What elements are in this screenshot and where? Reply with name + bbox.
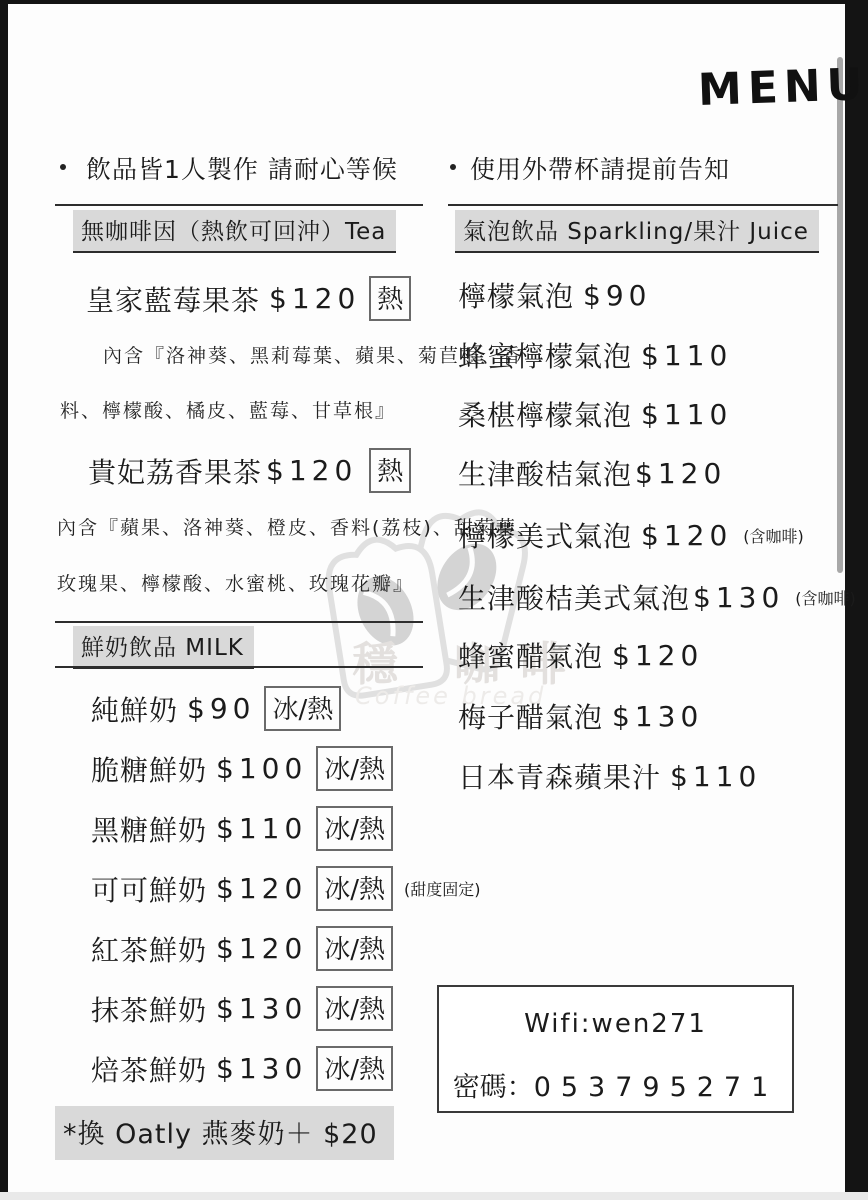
note-left-text: 飲品皆1人製作 請耐心等候 — [86, 150, 398, 186]
wifi-ssid: Wifi:wen271 — [439, 1009, 792, 1039]
divider — [55, 204, 423, 206]
item-price: $120 — [641, 519, 732, 552]
window-edge-left — [0, 0, 8, 1192]
item-note: (含咖啡) — [743, 524, 804, 547]
serving-option-box: 熱 — [369, 448, 411, 493]
page-title: MENU — [697, 59, 868, 116]
item-name: 可可鮮奶 — [91, 869, 207, 909]
item-name: 蜂蜜醋氣泡 — [458, 635, 603, 675]
item-ingredients: 玫瑰果、檸檬酸、水蜜桃、玫瑰花瓣』 — [57, 569, 414, 596]
item-price: $90 — [583, 279, 651, 312]
serving-option-box: 冰/熱 — [316, 746, 393, 791]
item-price: $120 — [266, 454, 357, 487]
serving-option-box: 冰/熱 — [316, 1046, 393, 1091]
section-header-tea: 無咖啡因（熱飲可回沖）Tea — [73, 210, 396, 253]
section-header-milk: 鮮奶飲品 MILK — [73, 626, 254, 669]
item-name: 生津酸桔氣泡 — [458, 453, 632, 493]
item-name: 皇家藍莓果茶 — [86, 279, 260, 319]
item-name: 黑糖鮮奶 — [91, 809, 207, 849]
item-price: $110 — [216, 812, 307, 845]
serving-option-box: 冰/熱 — [316, 986, 393, 1031]
item-name: 檸檬氣泡 — [458, 275, 574, 315]
menu-item: 桑椹檸檬氣泡 $110 — [458, 394, 732, 434]
wifi-info-box: Wifi:wen271 密碼：053795271 — [437, 985, 794, 1113]
item-name: 日本青森蘋果汁 — [458, 756, 661, 796]
item-price: $120 — [612, 639, 703, 672]
menu-item: 貴妃荔香果茶 $120 熱 — [88, 448, 411, 493]
item-price: $120 — [216, 932, 307, 965]
bullet-icon — [450, 164, 456, 170]
menu-item: 日本青森蘋果汁 $110 — [458, 756, 761, 796]
menu-item: 檸檬氣泡 $90 — [458, 275, 651, 315]
item-name: 脆糖鮮奶 — [91, 749, 207, 789]
wifi-password-label: 密碼： — [453, 1072, 534, 1103]
item-name: 檸檬美式氣泡 — [458, 515, 632, 555]
note-right: 使用外帶杯請提前告知 — [450, 150, 730, 186]
item-price: $120 — [269, 282, 360, 315]
menu-item: 檸檬美式氣泡 $120 (含咖啡) — [458, 515, 804, 555]
menu-item: 焙茶鮮奶 $130 冰/熱 — [91, 1046, 393, 1091]
window-edge-bottom — [0, 1192, 868, 1200]
item-ingredients: 料、檸檬酸、橘皮、藍莓、甘草根』 — [60, 396, 396, 423]
note-left: 飲品皆1人製作 請耐心等候 — [60, 150, 398, 186]
menu-item: 梅子醋氣泡 $130 — [458, 696, 703, 736]
item-price: $110 — [641, 339, 732, 372]
serving-option-box: 冰/熱 — [316, 866, 393, 911]
menu-item: 抹茶鮮奶 $130 冰/熱 — [91, 986, 393, 1031]
menu-item: 黑糖鮮奶 $110 冰/熱 — [91, 806, 393, 851]
item-name: 純鮮奶 — [91, 689, 178, 729]
item-name: 桑椹檸檬氣泡 — [458, 394, 632, 434]
item-price: $110 — [641, 398, 732, 431]
divider — [448, 204, 838, 206]
menu-item: 蜂蜜檸檬氣泡 $110 — [458, 335, 732, 375]
menu-item: 生津酸桔氣泡 $120 — [458, 453, 726, 493]
item-name: 紅茶鮮奶 — [91, 929, 207, 969]
item-price: $130 — [693, 581, 784, 614]
item-name: 蜂蜜檸檬氣泡 — [458, 335, 632, 375]
item-price: $110 — [670, 760, 761, 793]
item-name: 焙茶鮮奶 — [91, 1049, 207, 1089]
serving-option-box: 冰/熱 — [264, 686, 341, 731]
menu-item: 可可鮮奶 $120 冰/熱 (甜度固定) — [91, 866, 481, 911]
oat-milk-note: *換 Oatly 燕麥奶＋ $20 — [55, 1106, 394, 1160]
wifi-password-line: 密碼：053795271 — [439, 1065, 792, 1104]
item-price: $120 — [216, 872, 307, 905]
item-name: 生津酸桔美式氣泡 — [458, 577, 690, 617]
divider — [55, 666, 423, 668]
bullet-icon — [60, 164, 66, 170]
item-name: 貴妃荔香果茶 — [88, 451, 262, 491]
wifi-password: 053795271 — [534, 1072, 779, 1103]
serving-option-box: 冰/熱 — [316, 806, 393, 851]
item-price: $90 — [187, 692, 255, 725]
item-price: $120 — [635, 457, 726, 490]
item-price: $130 — [216, 992, 307, 1025]
item-price: $100 — [216, 752, 307, 785]
divider — [55, 621, 423, 623]
item-note: (甜度固定) — [404, 877, 481, 900]
menu-item: 紅茶鮮奶 $120 冰/熱 — [91, 926, 393, 971]
menu-item: 蜂蜜醋氣泡 $120 — [458, 635, 703, 675]
item-note: (含咖啡) — [795, 586, 856, 609]
item-name: 梅子醋氣泡 — [458, 696, 603, 736]
menu-item: 生津酸桔美式氣泡 $130 (含咖啡) — [458, 577, 856, 617]
scrollbar[interactable] — [837, 57, 843, 573]
note-right-text: 使用外帶杯請提前告知 — [470, 150, 730, 186]
item-price: $130 — [216, 1052, 307, 1085]
item-name: 抹茶鮮奶 — [91, 989, 207, 1029]
menu-item: 脆糖鮮奶 $100 冰/熱 — [91, 746, 393, 791]
serving-option-box: 冰/熱 — [316, 926, 393, 971]
serving-option-box: 熱 — [369, 276, 411, 321]
section-header-sparkling: 氣泡飲品 Sparkling/果汁 Juice — [455, 210, 819, 253]
menu-item: 皇家藍莓果茶 $120 熱 — [86, 276, 411, 321]
window-edge-top — [0, 0, 868, 4]
menu-item: 純鮮奶 $90 冰/熱 — [91, 686, 341, 731]
item-price: $130 — [612, 700, 703, 733]
